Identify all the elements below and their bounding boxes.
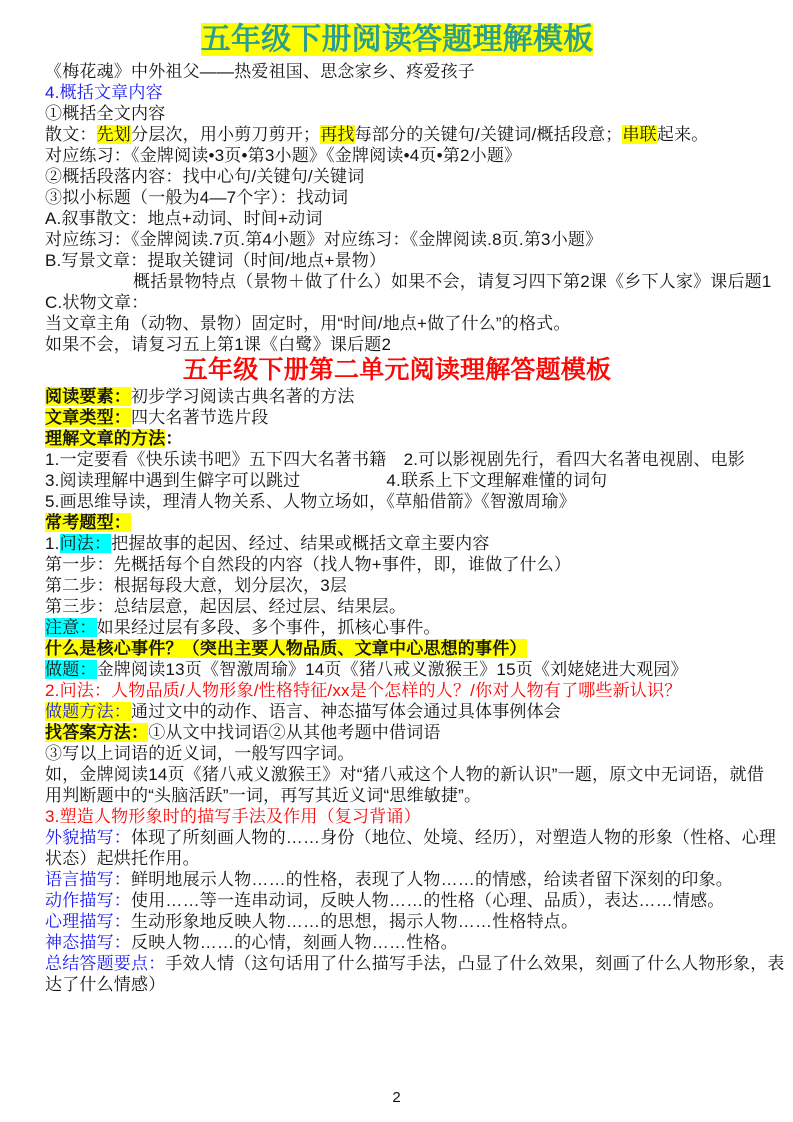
text-line: 散文：先划分层次，用小剪刀剪开；再找每部分的关键句/关键词/概括段意；串联起来。	[45, 124, 749, 145]
text-segment: 生动形象地反映人物……的思想，揭示人物……性格特点。	[131, 912, 578, 931]
text-line: 对应练习：《金牌阅读•3页•第3小题》《金牌阅读•4页•第2小题》	[45, 145, 749, 166]
text-segment: 概括景物特点（景物＋做了什么）如果不会，请复习四下第2课《乡下人家》课后题1	[133, 272, 772, 291]
highlighted-text: 先划	[97, 125, 131, 144]
text-segment: B.写景文章：提取关键词（时间/地点+景物）	[45, 251, 386, 270]
text-segment: 散文：	[45, 125, 97, 144]
text-line: 当文章主角（动物、景物）固定时，用“时间/地点+做了什么”的格式。	[45, 313, 749, 334]
highlighted-text: 找答案方法：	[45, 723, 148, 742]
text-line: 3.塑造人物形象时的描写手法及作用（复习背诵）	[45, 806, 749, 827]
text-segment: 反映人物……的心情，刻画人物……性格。	[131, 933, 458, 952]
text-segment: ②概括段落内容：找中心句/关键句/关键词	[45, 167, 364, 186]
text-line: 阅读要素：初步学习阅读古典名著的方法	[45, 386, 749, 407]
text-line: 语言描写：鲜明地展示人物……的性格，表现了人物……的情感，给读者留下深刻的印象。	[45, 869, 749, 890]
document-page: 五年级下册阅读答题理解模板《梅花魂》中外祖父——热爱祖国、思念家乡、疼爱孩子4.…	[0, 0, 793, 1122]
text-segment: 每部分的关键句/关键词/概括段意；	[355, 125, 623, 144]
highlighted-text: 问法：	[60, 534, 112, 553]
text-segment: 第三步：总结层意，起因层、经过层、结果层。	[45, 597, 406, 616]
highlighted-text: 做题方法：	[45, 702, 131, 721]
text-segment: ：	[165, 429, 182, 448]
text-segment: 手效人情（这句话用了什么描写手法，凸显了什么效果，刻画了什么人物形象，表	[165, 954, 784, 973]
highlighted-text: 常考题型：	[45, 513, 131, 532]
text-segment: 鲜明地展示人物……的性格，表现了人物……的情感，给读者留下深刻的印象。	[131, 870, 733, 889]
text-line: 做题方法：通过文中的动作、语言、神态描写体会通过具体事例体会	[45, 701, 749, 722]
text-line: 找答案方法：①从文中找词语②从其他考题中借词语	[45, 722, 749, 743]
text-segment: 把握故事的起因、经过、结果或概括文章主要内容	[111, 534, 489, 553]
text-segment: 分层次，用小剪刀剪开；	[131, 125, 320, 144]
text-segment: ③写以上词语的近义词，一般写四字词。	[45, 744, 355, 763]
highlighted-text: 再找	[320, 125, 354, 144]
text-segment: C.状物文章：	[45, 293, 148, 312]
text-line: 动作描写：使用……等一连串动词，反映人物……的性格（心理、品质），表达……情感。	[45, 890, 749, 911]
page-number: 2	[392, 1089, 400, 1106]
text-segment: 第二步：根据每段大意，划分层次，3层	[45, 576, 347, 595]
text-line: 1.问法：把握故事的起因、经过、结果或概括文章主要内容	[45, 533, 749, 554]
text-line: B.写景文章：提取关键词（时间/地点+景物）	[45, 250, 749, 271]
text-segment: 心理描写：	[45, 912, 131, 931]
text-line: ③拟小标题（一般为4—7个字）：找动词	[45, 187, 749, 208]
text-line: ③写以上词语的近义词，一般写四字词。	[45, 743, 749, 764]
text-segment: 四大名著节选片段	[131, 408, 269, 427]
text-segment	[300, 471, 386, 490]
text-line: 文章类型：四大名著节选片段	[45, 407, 749, 428]
text-segment: 神态描写：	[45, 933, 131, 952]
text-segment: 当文章主角（动物、景物）固定时，用“时间/地点+做了什么”的格式。	[45, 314, 571, 333]
text-line: 1.一定要看《快乐读书吧》五下四大名著书籍 2.可以影视剧先行，看四大名著电视剧…	[45, 449, 749, 470]
text-segment: 通过文中的动作、语言、神态描写体会通过具体事例体会	[131, 702, 561, 721]
text-line: 状态）起烘托作用。	[45, 848, 749, 869]
highlighted-text: 文章类型：	[45, 408, 131, 427]
text-line: 第三步：总结层意，起因层、经过层、结果层。	[45, 596, 749, 617]
text-line: 第二步：根据每段大意，划分层次，3层	[45, 575, 749, 596]
text-segment: 如果经过层有多段、多个事件，抓核心事件。	[97, 618, 441, 637]
text-line: C.状物文章：	[45, 292, 749, 313]
text-segment: 语言描写：	[45, 870, 131, 889]
text-segment: 总结答题要点：	[45, 954, 165, 973]
highlighted-text: 做题：	[45, 660, 97, 679]
text-segment: 3.塑造人物形象时的描写手法及作用（复习背诵）	[45, 807, 421, 826]
text-line: 3.阅读理解中遇到生僻字可以跳过 4.联系上下文理解难懂的词句	[45, 470, 749, 491]
text-line: 用判断题中的“头脑活跃”一词，再写其近义词“思维敏捷”。	[45, 785, 749, 806]
text-line: 做题：金牌阅读13页《智激周瑜》14页《猪八戒义激猴王》15页《刘姥姥进大观园》	[45, 659, 749, 680]
text-line: 外貌描写：体现了所刻画人物的……身份（地位、处境、经历），对塑造人物的形象（性格…	[45, 827, 749, 848]
text-line: 常考题型：	[45, 512, 749, 533]
section-title: 五年级下册第二单元阅读理解答题模板	[45, 356, 749, 385]
highlighted-text: 阅读要素：	[45, 387, 131, 406]
text-line: 心理描写：生动形象地反映人物……的思想，揭示人物……性格特点。	[45, 911, 749, 932]
text-line: 概括景物特点（景物＋做了什么）如果不会，请复习四下第2课《乡下人家》课后题1	[45, 271, 749, 292]
text-segment: 体现了所刻画人物的……身份（地位、处境、经历），对塑造人物的形象（性格、心理	[131, 828, 776, 847]
text-line: 达了什么情感）	[45, 974, 749, 995]
text-line: 如果不会，请复习五上第1课《白鹭》课后题2	[45, 334, 749, 355]
text-segment: 5.画思维导读，理清人物关系、人物立场如，《草船借箭》《智激周瑜》	[45, 492, 576, 511]
text-line: 注意：如果经过层有多段、多个事件，抓核心事件。	[45, 617, 749, 638]
highlighted-text: 什么是核心事件？（突出主要人物品质、文章中心思想的事件）	[45, 639, 527, 658]
text-segment: 金牌阅读13页《智激周瑜》14页《猪八戒义激猴王》15页《刘姥姥进大观园》	[97, 660, 688, 679]
text-line: ①概括全文内容	[45, 103, 749, 124]
text-line: 5.画思维导读，理清人物关系、人物立场如，《草船借箭》《智激周瑜》	[45, 491, 749, 512]
text-line: 2.问法：人物品质/人物形象/性格特征/xx是个怎样的人？/你对人物有了哪些新认…	[45, 680, 749, 701]
text-segment: 如，金牌阅读14页《猪八戒义激猴王》对“猪八戒这个人物的新认识”一题，原文中无词…	[45, 765, 764, 784]
text-line: 《梅花魂》中外祖父——热爱祖国、思念家乡、疼爱孩子	[45, 61, 749, 82]
text-line: ②概括段落内容：找中心句/关键句/关键词	[45, 166, 749, 187]
text-segment: 状态）起烘托作用。	[45, 849, 200, 868]
text-segment: 1.一定要看《快乐读书吧》五下四大名著书籍 2.可以影视剧先行，看四大名著电视剧…	[45, 450, 745, 469]
document-body: 五年级下册阅读答题理解模板《梅花魂》中外祖父——热爱祖国、思念家乡、疼爱孩子4.…	[0, 0, 793, 995]
text-line: 理解文章的方法：	[45, 428, 749, 449]
text-segment: ①概括全文内容	[45, 104, 165, 123]
text-segment: 达了什么情感）	[45, 975, 165, 994]
text-line: 对应练习：《金牌阅读.7页.第4小题》对应练习：《金牌阅读.8页.第3小题》	[45, 229, 749, 250]
text-segment: 3.阅读理解中遇到生僻字可以跳过	[45, 471, 300, 490]
text-segment: 使用……等一连串动词，反映人物……的性格（心理、品质），表达……情感。	[131, 891, 725, 910]
text-line: 第一步：先概括每个自然段的内容（找人物+事件，即，谁做了什么）	[45, 554, 749, 575]
page-footer: 2	[0, 1089, 793, 1106]
highlighted-text: 五年级下册阅读答题理解模板	[201, 23, 594, 56]
text-segment: 对应练习：《金牌阅读.7页.第4小题》对应练习：《金牌阅读.8页.第3小题》	[45, 230, 602, 249]
text-segment: 外貌描写：	[45, 828, 131, 847]
text-segment: 第一步：先概括每个自然段的内容（找人物+事件，即，谁做了什么）	[45, 555, 571, 574]
highlighted-text: 理解文章的方法	[45, 429, 165, 448]
text-segment: 起来。	[657, 125, 709, 144]
text-segment: 动作描写：	[45, 891, 131, 910]
text-segment: 4.概括文章内容	[45, 83, 163, 102]
text-segment: ①从文中找词语②从其他考题中借词语	[148, 723, 440, 742]
text-line: A.叙事散文：地点+动词、时间+动词	[45, 208, 749, 229]
text-line: 4.概括文章内容	[45, 82, 749, 103]
text-segment: 《梅花魂》中外祖父——热爱祖国、思念家乡、疼爱孩子	[45, 62, 475, 81]
text-segment: 初步学习阅读古典名著的方法	[131, 387, 355, 406]
text-segment: A.叙事散文：地点+动词、时间+动词	[45, 209, 323, 228]
text-segment: 如果不会，请复习五上第1课《白鹭》课后题2	[45, 335, 391, 354]
highlighted-text: 注意：	[45, 618, 97, 637]
text-segment: 用判断题中的“头脑活跃”一词，再写其近义词“思维敏捷”。	[45, 786, 481, 805]
text-segment: 2.问法：人物品质/人物形象/性格特征/xx是个怎样的人？/你对人物有了哪些新认…	[45, 681, 681, 700]
text-line: 如，金牌阅读14页《猪八戒义激猴王》对“猪八戒这个人物的新认识”一题，原文中无词…	[45, 764, 749, 785]
text-segment: ③拟小标题（一般为4—7个字）：找动词	[45, 188, 348, 207]
text-segment: 对应练习：《金牌阅读•3页•第3小题》《金牌阅读•4页•第2小题》	[45, 146, 521, 165]
text-line: 总结答题要点：手效人情（这句话用了什么描写手法，凸显了什么效果，刻画了什么人物形…	[45, 953, 749, 974]
text-segment: 五年级下册第二单元阅读理解答题模板	[183, 356, 611, 384]
highlighted-text: 串联	[622, 125, 656, 144]
text-line: 神态描写：反映人物……的心情，刻画人物……性格。	[45, 932, 749, 953]
text-segment: 4.联系上下文理解难懂的词句	[386, 471, 607, 490]
text-line: 什么是核心事件？（突出主要人物品质、文章中心思想的事件）	[45, 638, 749, 659]
text-segment: 1.	[45, 534, 60, 553]
main-title: 五年级下册阅读答题理解模板	[45, 22, 749, 57]
